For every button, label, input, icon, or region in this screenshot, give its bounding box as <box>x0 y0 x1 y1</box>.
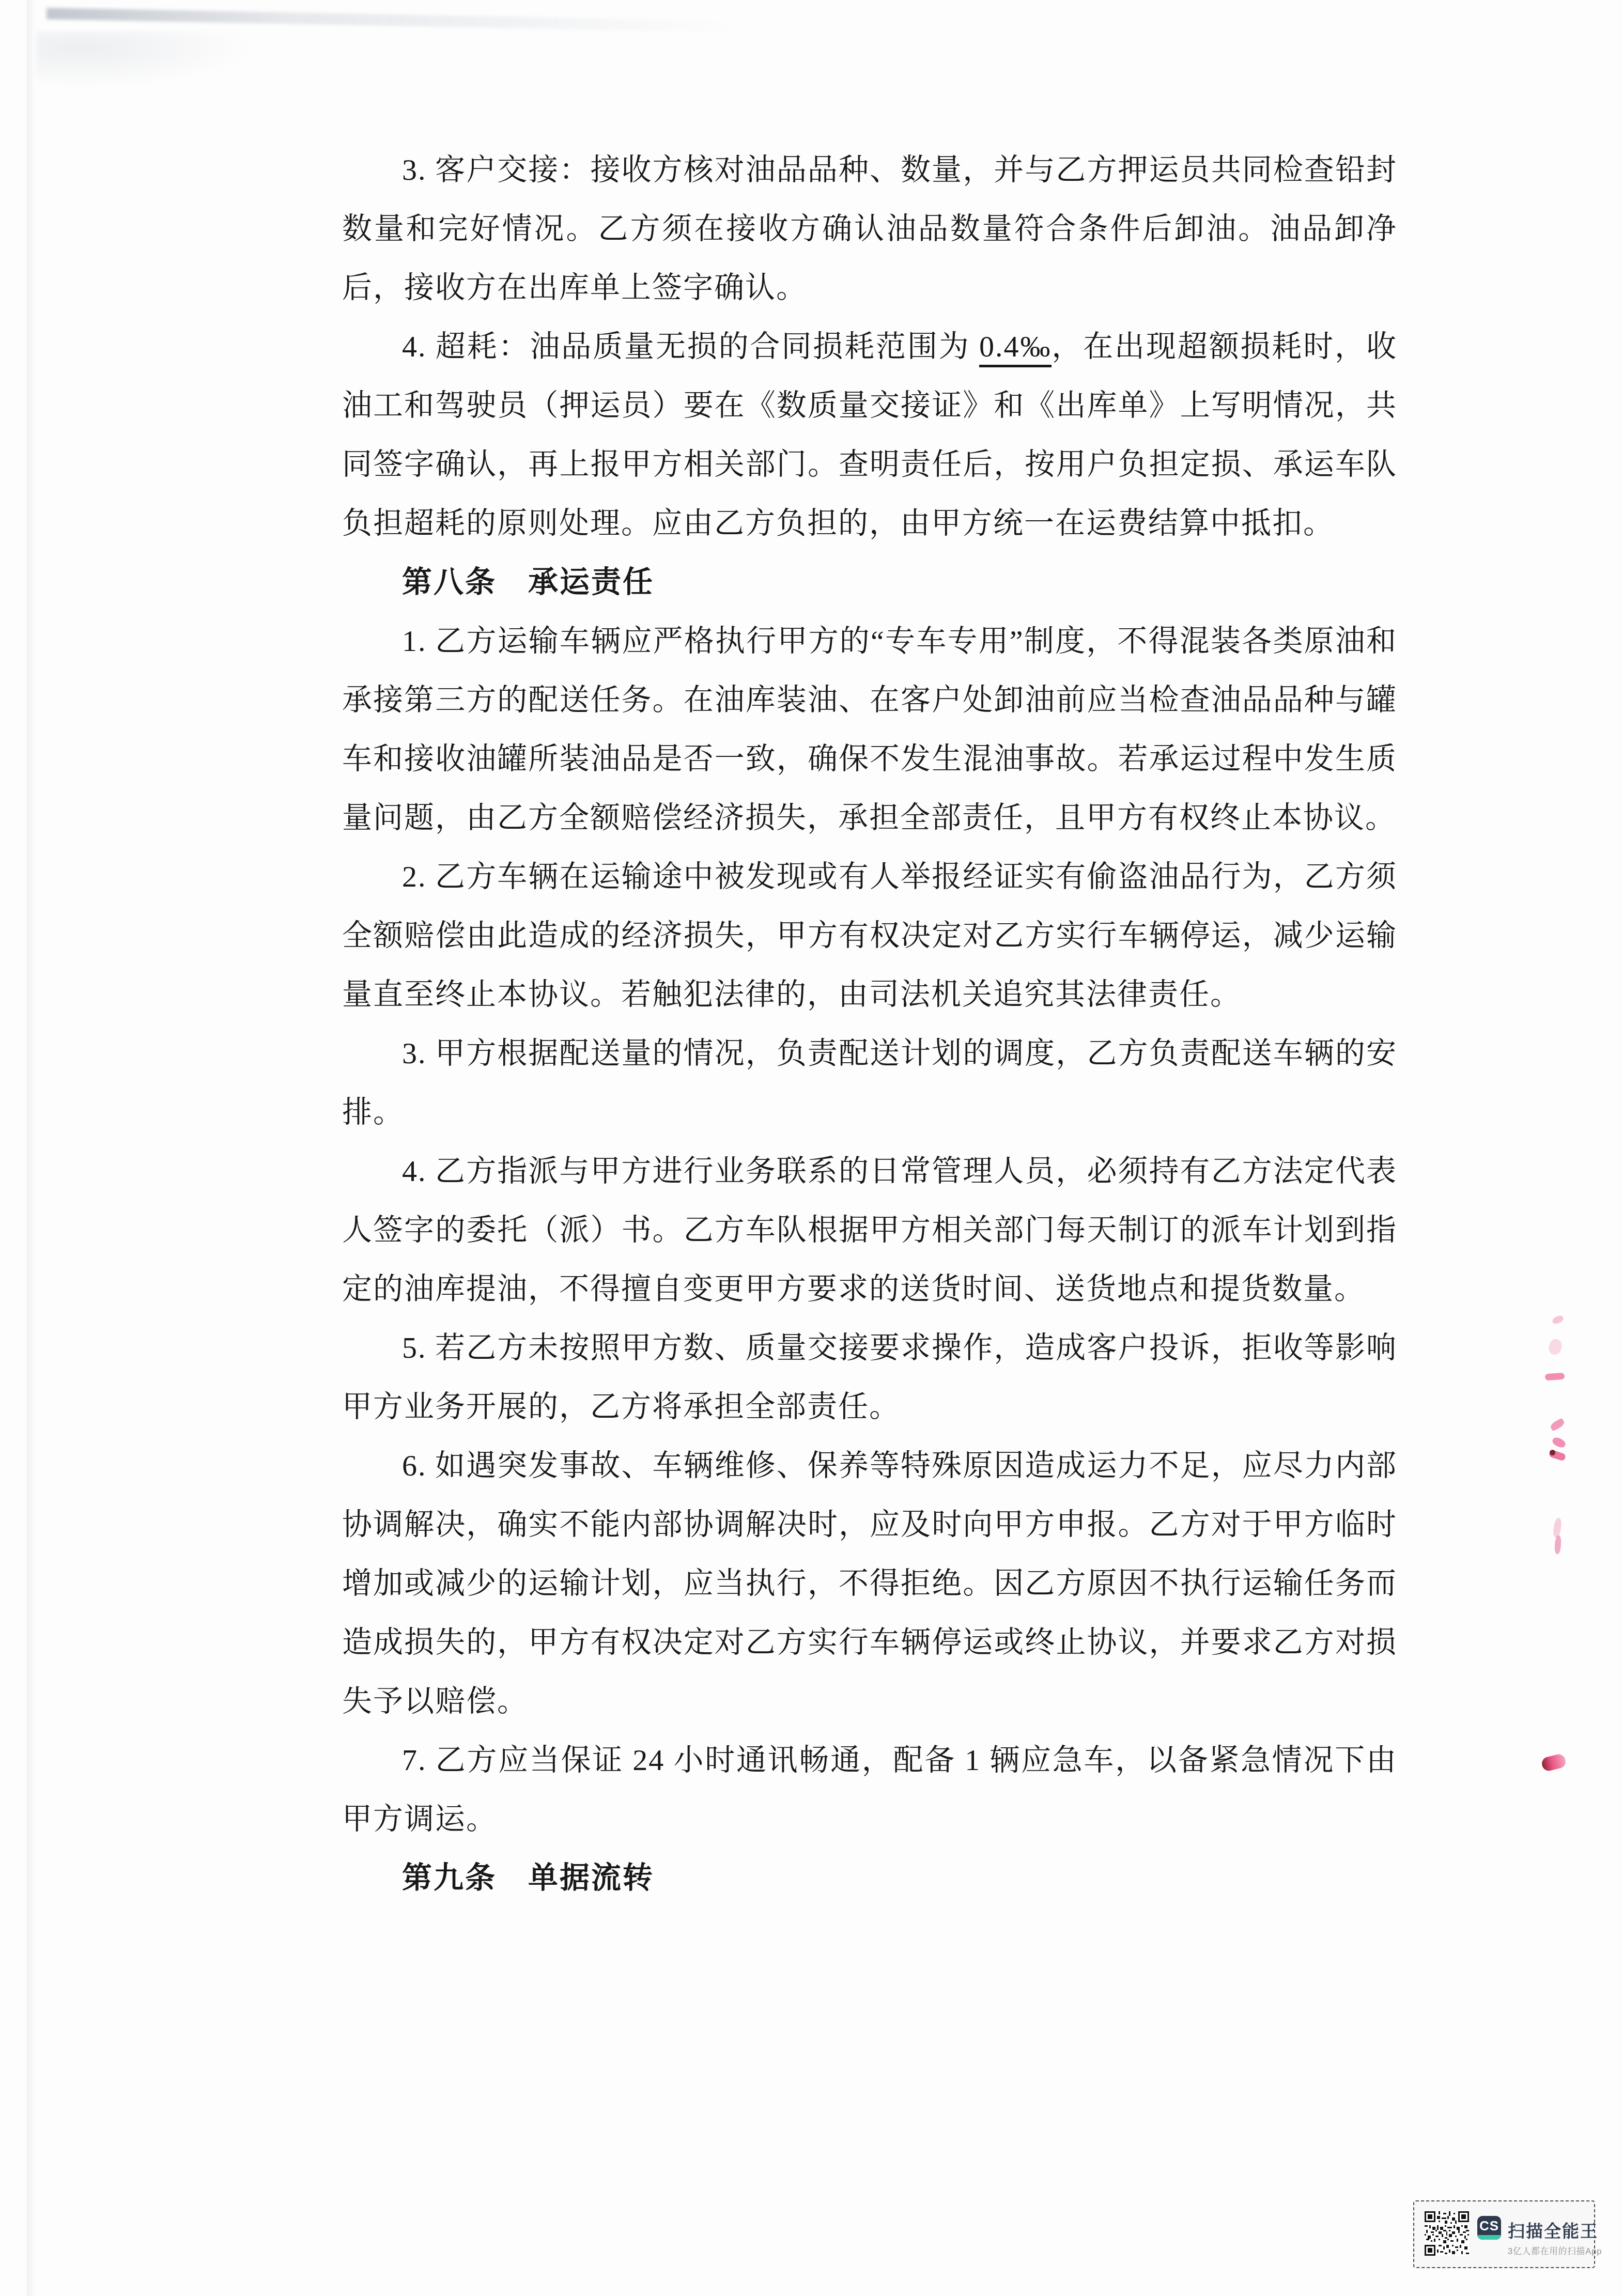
scan-smudge-artifact <box>36 31 253 88</box>
article-8-item-2: 2. 乙方车辆在运输途中被发现或有人举报经证实有偷盗油品行为，乙方须全额赔偿由此… <box>342 847 1397 1024</box>
scanned-contract-page: 3. 客户交接：接收方核对油品品种、数量，并与乙方押运员共同检查铅封数量和完好情… <box>0 0 1623 2296</box>
camscanner-app-name: 扫描全能王 <box>1508 2218 1593 2242</box>
article-9-heading: 第九条 单据流转 <box>342 1849 1397 1907</box>
red-ink-mark <box>1552 1517 1562 1538</box>
red-ink-mark <box>1551 1436 1567 1449</box>
clause-excess-loss-lead: 4. 超耗：油品质量无损的合同损耗范围为 <box>402 330 979 363</box>
red-ink-mark <box>1549 1449 1567 1461</box>
article-8-item-7: 7. 乙方应当保证 24 小时通讯畅通，配备 1 辆应急车，以备紧急情况下由甲方… <box>342 1731 1397 1849</box>
scan-smudge-artifact <box>47 8 739 33</box>
red-ink-mark <box>1550 1450 1555 1455</box>
red-ink-mark <box>1540 1753 1567 1772</box>
loss-rate-value: 0.4‰ <box>979 330 1052 367</box>
article-8-item-1: 1. 乙方运输车辆应严格执行甲方的“专车专用”制度，不得混装各类原油和承接第三方… <box>342 612 1397 847</box>
clause-excess-loss: 4. 超耗：油品质量无损的合同损耗范围为 0.4‰，在出现超额损耗时，收油工和驾… <box>342 317 1397 553</box>
article-8-item-6: 6. 如遇突发事故、车辆维修、保养等特殊原因造成运力不足，应尽力内部协调解决，确… <box>342 1436 1397 1731</box>
camscanner-app-icon-label: CS <box>1477 2216 1501 2235</box>
contract-text-block: 3. 客户交接：接收方核对油品品种、数量，并与乙方押运员共同检查铅封数量和完好情… <box>342 141 1397 1907</box>
clause-customer-handover: 3. 客户交接：接收方核对油品品种、数量，并与乙方押运员共同检查铅封数量和完好情… <box>342 141 1397 317</box>
article-8-item-5: 5. 若乙方未按照甲方数、质量交接要求操作，造成客户投诉，拒收等影响甲方业务开展… <box>342 1318 1397 1436</box>
camscanner-app-icon: CS <box>1477 2216 1501 2240</box>
red-ink-mark <box>1551 1314 1564 1325</box>
red-ink-mark <box>1554 1535 1562 1555</box>
article-8-item-4: 4. 乙方指派与甲方进行业务联系的日常管理人员，必须持有乙方法定代表人签字的委托… <box>342 1142 1397 1318</box>
camscanner-tagline: 3亿人都在用的扫描App <box>1508 2244 1596 2257</box>
camscanner-icon-teal-band <box>1477 2235 1501 2240</box>
red-ink-mark <box>1549 1418 1566 1431</box>
article-8-item-3: 3. 甲方根据配送量的情况，负责配送计划的调度，乙方负责配送车辆的安排。 <box>342 1024 1397 1142</box>
article-8-heading: 第八条 承运责任 <box>342 553 1397 612</box>
qr-code-icon <box>1425 2211 1469 2256</box>
red-ink-mark <box>1548 1338 1564 1356</box>
camscanner-watermark: CS 扫描全能王 3亿人都在用的扫描App <box>1413 2200 1595 2268</box>
scan-edge-shade <box>27 0 35 2296</box>
red-ink-mark <box>1545 1373 1565 1381</box>
